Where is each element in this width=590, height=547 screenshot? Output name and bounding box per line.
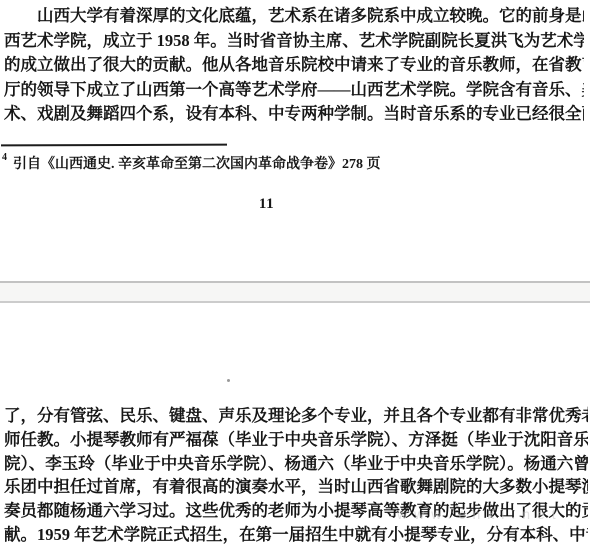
text-line: 厅的领导下成立了山西第一个高等艺术学府——山西艺术学院。学院含有音乐、美	[4, 78, 584, 103]
bottom-page-paragraph: 了，分有管弦、民乐、键盘、声乐及理论多个专业，并且各个专业都有非常优秀老 师任教…	[4, 404, 588, 547]
top-page-paragraph: 山西大学有着深厚的文化底蕴，艺术系在诸多院系中成立较晚。它的前身是山 西艺术学院…	[4, 4, 584, 127]
text-line: 院）、李玉玲（毕业于中央音乐学院）、杨通六（毕业于中央音乐学院）。杨通六曾在	[4, 452, 588, 476]
text-line: 山西大学有着深厚的文化底蕴，艺术系在诸多院系中成立较晚。它的前身是山	[4, 4, 584, 29]
scan-artifact-dot	[227, 379, 230, 382]
text-line: 了，分有管弦、民乐、键盘、声乐及理论多个专业，并且各个专业都有非常优秀老	[4, 404, 588, 428]
text-line: 乐团中担任过首席，有着很高的演奏水平，当时山西省歌舞剧院的大多数小提琴演	[4, 475, 588, 499]
footnote: 4引自《山西通史. 辛亥革命至第二次国内革命战争卷》278 页	[2, 153, 381, 173]
text-line: 师任教。小提琴教师有严福葆（毕业于中央音乐学院）、方泽挺（毕业于沈阳音乐学	[4, 428, 588, 452]
footnote-text: 引自《山西通史. 辛亥革命至第二次国内革命战争卷》278 页	[13, 157, 381, 172]
footnote-divider	[1, 144, 227, 147]
text-line: 献。1959 年艺术学院正式招生，在第一届招生中就有小提琴专业，分有本科、中专	[4, 523, 588, 547]
text-line: 西艺术学院，成立于 1958 年。当时省音协主席、艺术学院副院长夏洪飞为艺术学院	[4, 29, 584, 54]
text-line: 的成立做出了很大的贡献。他从各地音乐院校中请来了专业的音乐教师，在省教育	[4, 53, 584, 78]
page-number: 11	[0, 196, 533, 213]
text-line: 奏员都随杨通六学习过。这些优秀的老师为小提琴高等教育的起步做出了很大的贡	[4, 499, 588, 523]
footnote-marker: 4	[2, 152, 7, 163]
page-separator-band	[0, 281, 590, 303]
text-line: 术、戏剧及舞蹈四个系，设有本科、中专两种学制。当时音乐系的专业已经很全面	[4, 102, 584, 127]
